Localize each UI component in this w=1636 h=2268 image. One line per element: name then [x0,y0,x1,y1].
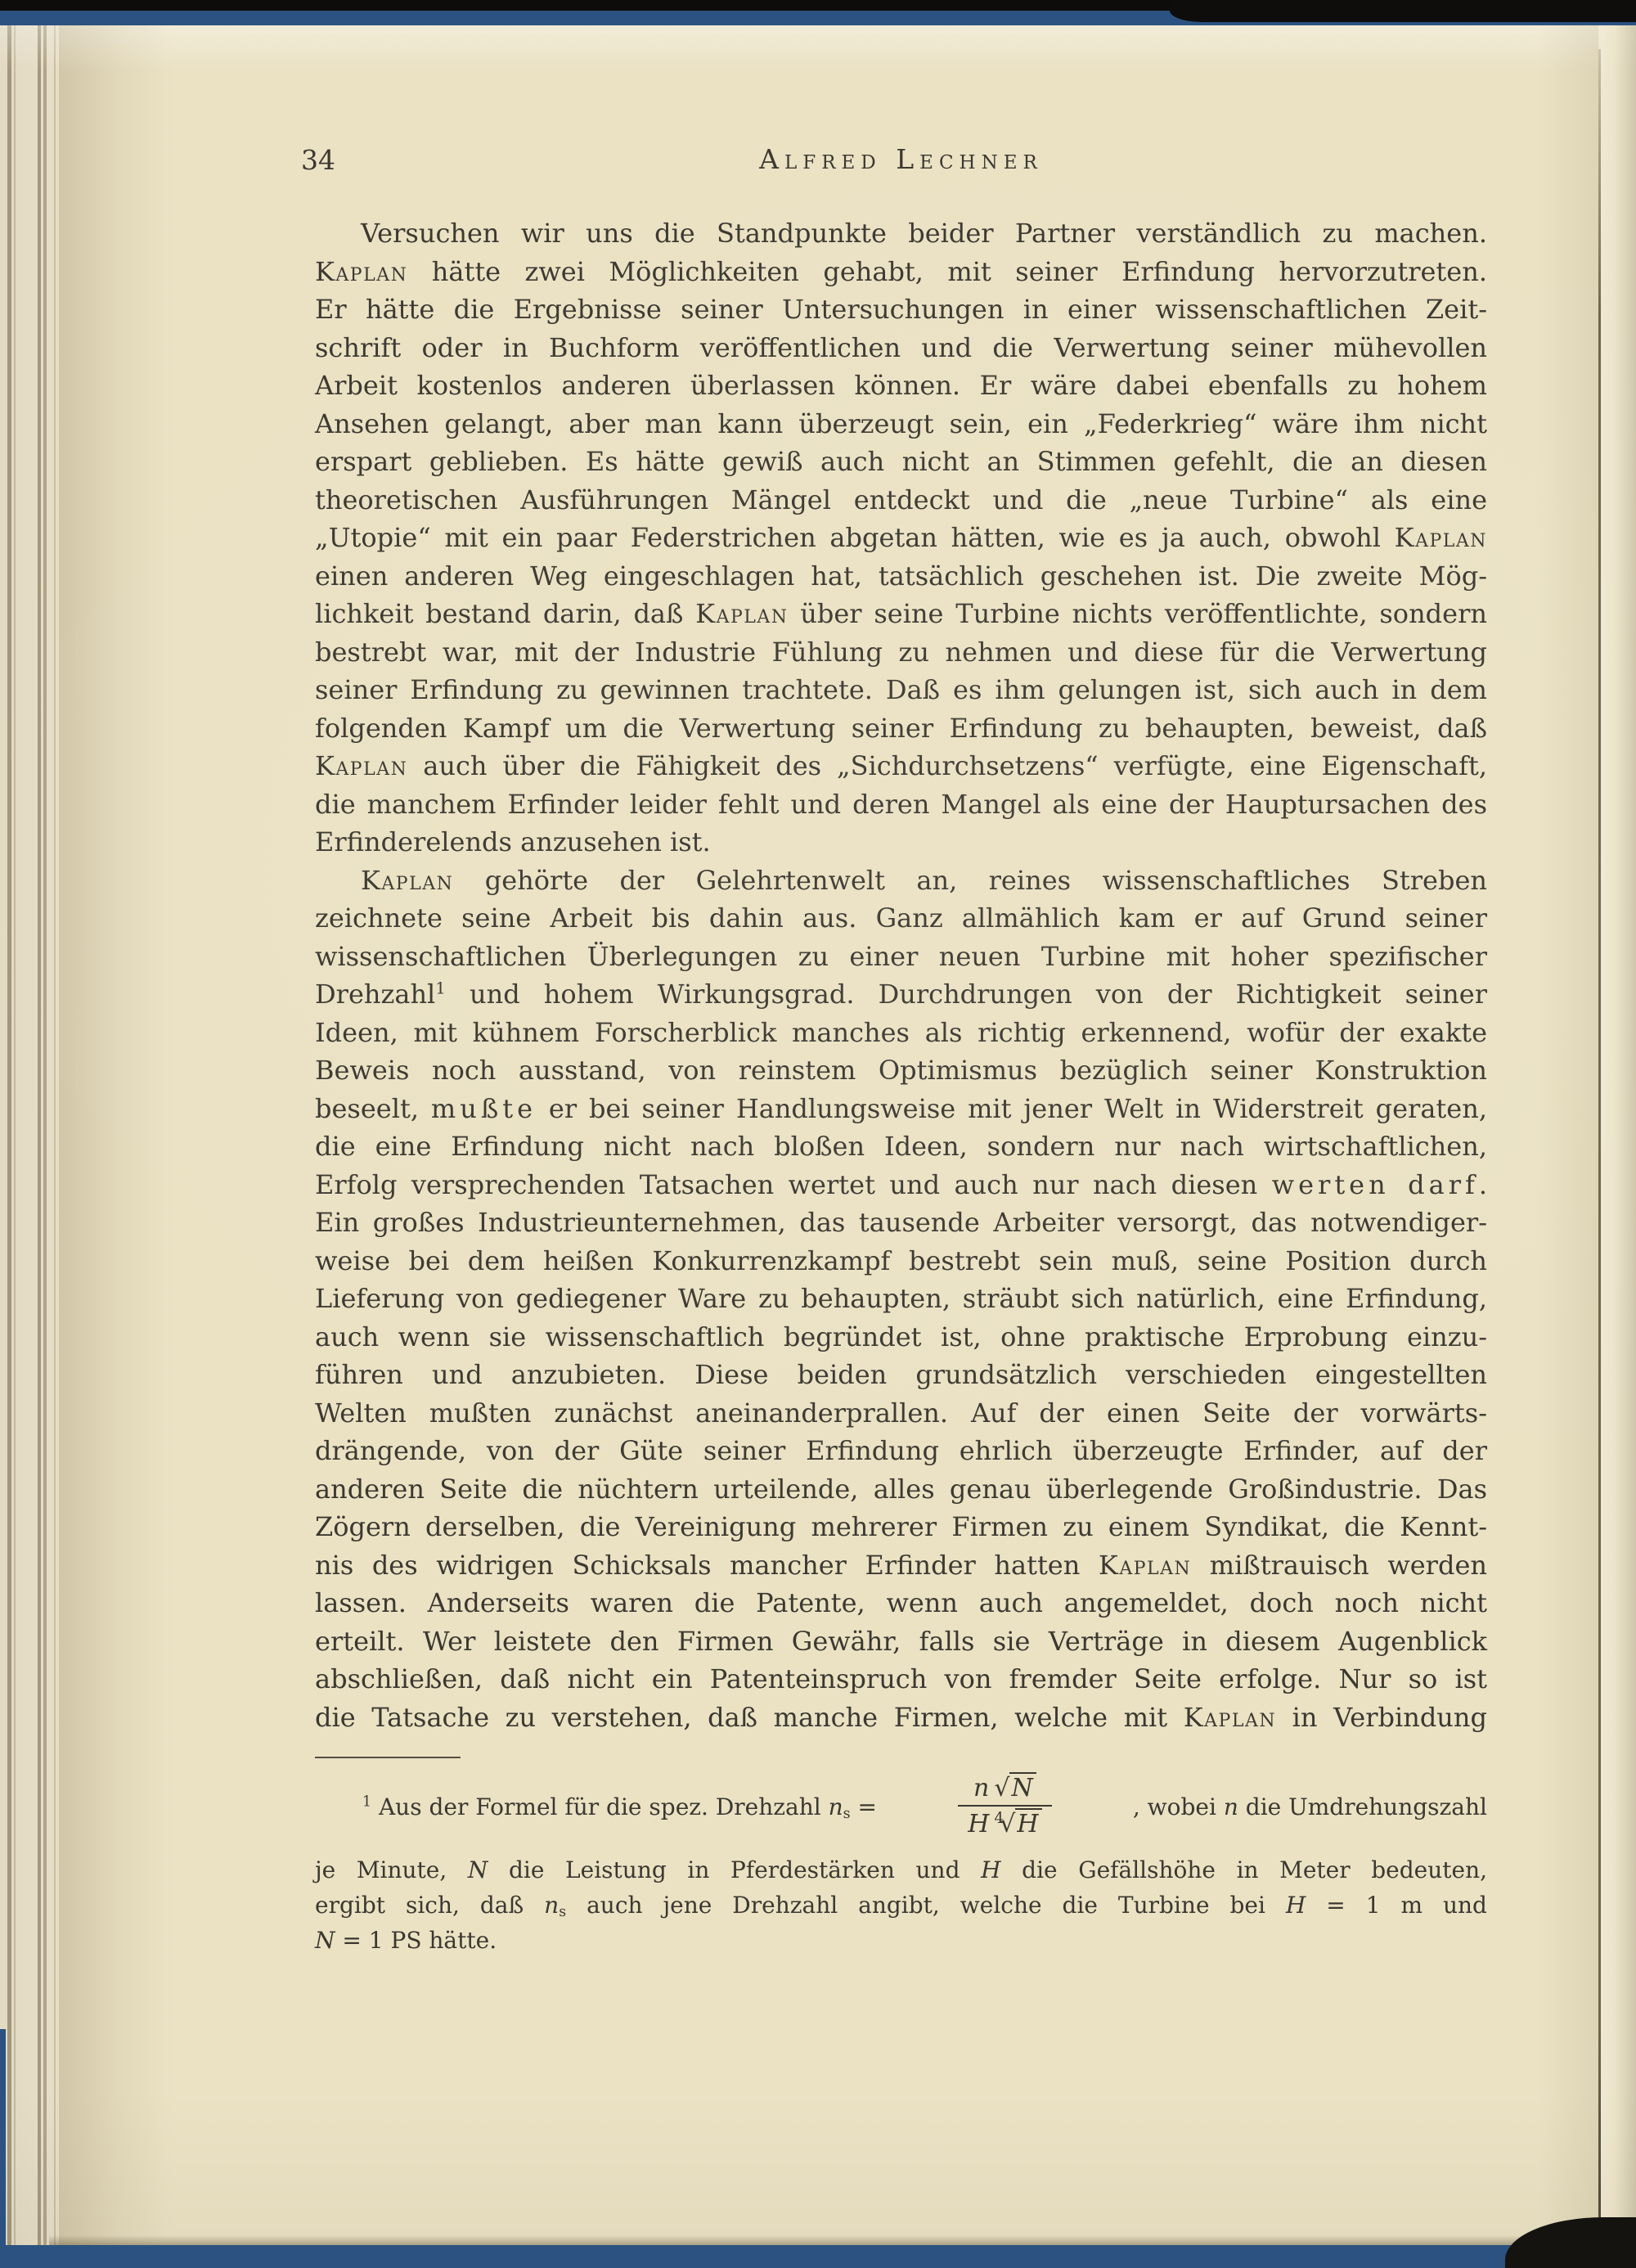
text-line: lassen. Anderseits waren die Patente, we… [315,1584,1487,1622]
book-page-scan: 34 Alfred Lechner Versuchen wir uns die … [0,0,1636,2268]
text-line: die manchem Erfinder leider fehlt und de… [315,785,1487,824]
text-line: führen und anzubieten. Diese beiden grun… [315,1356,1487,1394]
book-cover-bottom-blue [0,2245,1636,2268]
text-line: erspart geblieben. Es hätte gewiß auch n… [315,443,1487,481]
text-line: abschließen, daß nicht ein Patenteinspru… [315,1660,1487,1699]
book-cover-left-sliver [0,2029,6,2268]
scan-background-corner [1505,2217,1636,2268]
text-line: die eine Erfindung nicht nach bloßen Ide… [315,1127,1487,1166]
text-line: Zögern derselben, die Vereinigung mehrer… [315,1508,1487,1546]
text-line: folgenden Kampf um die Verwertung seiner… [315,709,1487,748]
text-line: Ideen, mit kühnem Forscherblick manches … [315,1014,1487,1052]
text-line: Kaplan auch über die Fähigkeit des „Sich… [315,747,1487,785]
text-line: lichkeit bestand darin, daß Kaplan über … [315,595,1487,633]
text-line: seiner Erfindung zu gewinnen trachtete. … [315,671,1487,709]
text-line: theoretischen Ausführungen Mängel entdec… [315,481,1487,520]
footnote-line: ergibt sich, daß ns auch jene Drehzahl a… [315,1888,1487,1923]
text-line: Ein großes Industrieunternehmen, das tau… [315,1204,1487,1242]
text-line: Arbeit kostenlos anderen überlassen könn… [315,367,1487,405]
paragraph: Kaplan gehörte der Gelehrtenwelt an, rei… [315,862,1487,1737]
text-line: Beweis noch ausstand, von reinstem Optim… [315,1051,1487,1090]
left-page-edges [0,0,59,2268]
specific-speed-formula: n √N H 4√H [958,1775,1051,1838]
page-bottom-shadow [49,2235,1636,2245]
footnote-line: je Minute, N die Leistung in Pferdestärk… [315,1852,1487,1888]
text-line: schrift oder in Buchform veröffentlichen… [315,329,1487,367]
running-header: Alfred Lechner [315,143,1487,175]
page-crease [1598,49,1601,2250]
text-line: beseelt, mußte er bei seiner Handlungswe… [315,1090,1487,1128]
text-line: einen anderen Weg eingeschlagen hat, tat… [315,557,1487,596]
text-line: wissenschaftlichen Überlegungen zu einer… [315,938,1487,976]
text-line: Drehzahl1 und hohem Wirkungsgrad. Durchd… [315,975,1487,1014]
footnote-lines: je Minute, N die Leistung in Pferdestärk… [315,1852,1487,1958]
scan-background-top-right [1170,0,1636,22]
text-line: anderen Seite die nüchtern urteilende, a… [315,1470,1487,1509]
text-line: erteilt. Wer leistete den Firmen Gewähr,… [315,1622,1487,1661]
text-line: „Utopie“ mit ein paar Federstrichen abge… [315,519,1487,557]
adjacent-page-edge [1601,25,1636,2268]
text-line: Er hätte die Ergebnisse seiner Untersuch… [315,290,1487,329]
footnote-line: N = 1 PS hätte. [315,1923,1487,1958]
text-line: auch wenn sie wissenschaftlich begründet… [315,1318,1487,1357]
footnote-separator [315,1757,461,1758]
text-line: Erfinderelends anzusehen ist. [315,823,1487,862]
text-line: Kaplan gehörte der Gelehrtenwelt an, rei… [315,862,1487,900]
page-top-edge [0,25,1636,70]
text-line: bestrebt war, mit der Industrie Fühlung … [315,633,1487,672]
text-line: Erfolg versprechenden Tatsachen wertet u… [315,1166,1487,1204]
text-line: weise bei dem heißen Konkurrenzkampf bes… [315,1242,1487,1280]
footnote-text-post: , wobei n die Umdrehungszahl [1133,1793,1487,1820]
formula-numerator: n √N [965,1775,1045,1805]
text-line: Lieferung von gediegener Ware zu behaupt… [315,1280,1487,1318]
footnote-first-line: 1 Aus der Formel für die spez. Drehzahl … [315,1761,1487,1852]
text-line: Welten mußten zunächst aneinanderprallen… [315,1394,1487,1433]
text-line: drängende, von der Güte seiner Erfindung… [315,1432,1487,1470]
text-line: die Tatsache zu verstehen, daß manche Fi… [315,1699,1487,1737]
page-edge-line [43,0,47,2268]
page-curve-shadow [1538,25,1598,2250]
formula-denominator: H 4√H [958,1805,1051,1838]
footnote-text-pre: 1 Aus der Formel für die spez. Drehzahl … [315,1793,877,1820]
text-line: Ansehen gelangt, aber man kann überzeugt… [315,405,1487,443]
page-edge-line [38,0,41,2268]
text-line: Versuchen wir uns die Standpunkte beider… [315,214,1487,253]
page-edge-line [54,0,56,2268]
body-text: Versuchen wir uns die Standpunkte beider… [315,214,1487,1736]
page-edge-line [7,0,11,2268]
gutter-shadow [59,0,165,2268]
text-line: nis des widrigen Schicksals mancher Erfi… [315,1546,1487,1585]
page-edge-line [14,0,16,2268]
text-line: Kaplan hätte zwei Möglichkeiten gehabt, … [315,253,1487,291]
paragraph: Versuchen wir uns die Standpunkte beider… [315,214,1487,862]
text-line: zeichnete seine Arbeit bis dahin aus. Ga… [315,899,1487,938]
